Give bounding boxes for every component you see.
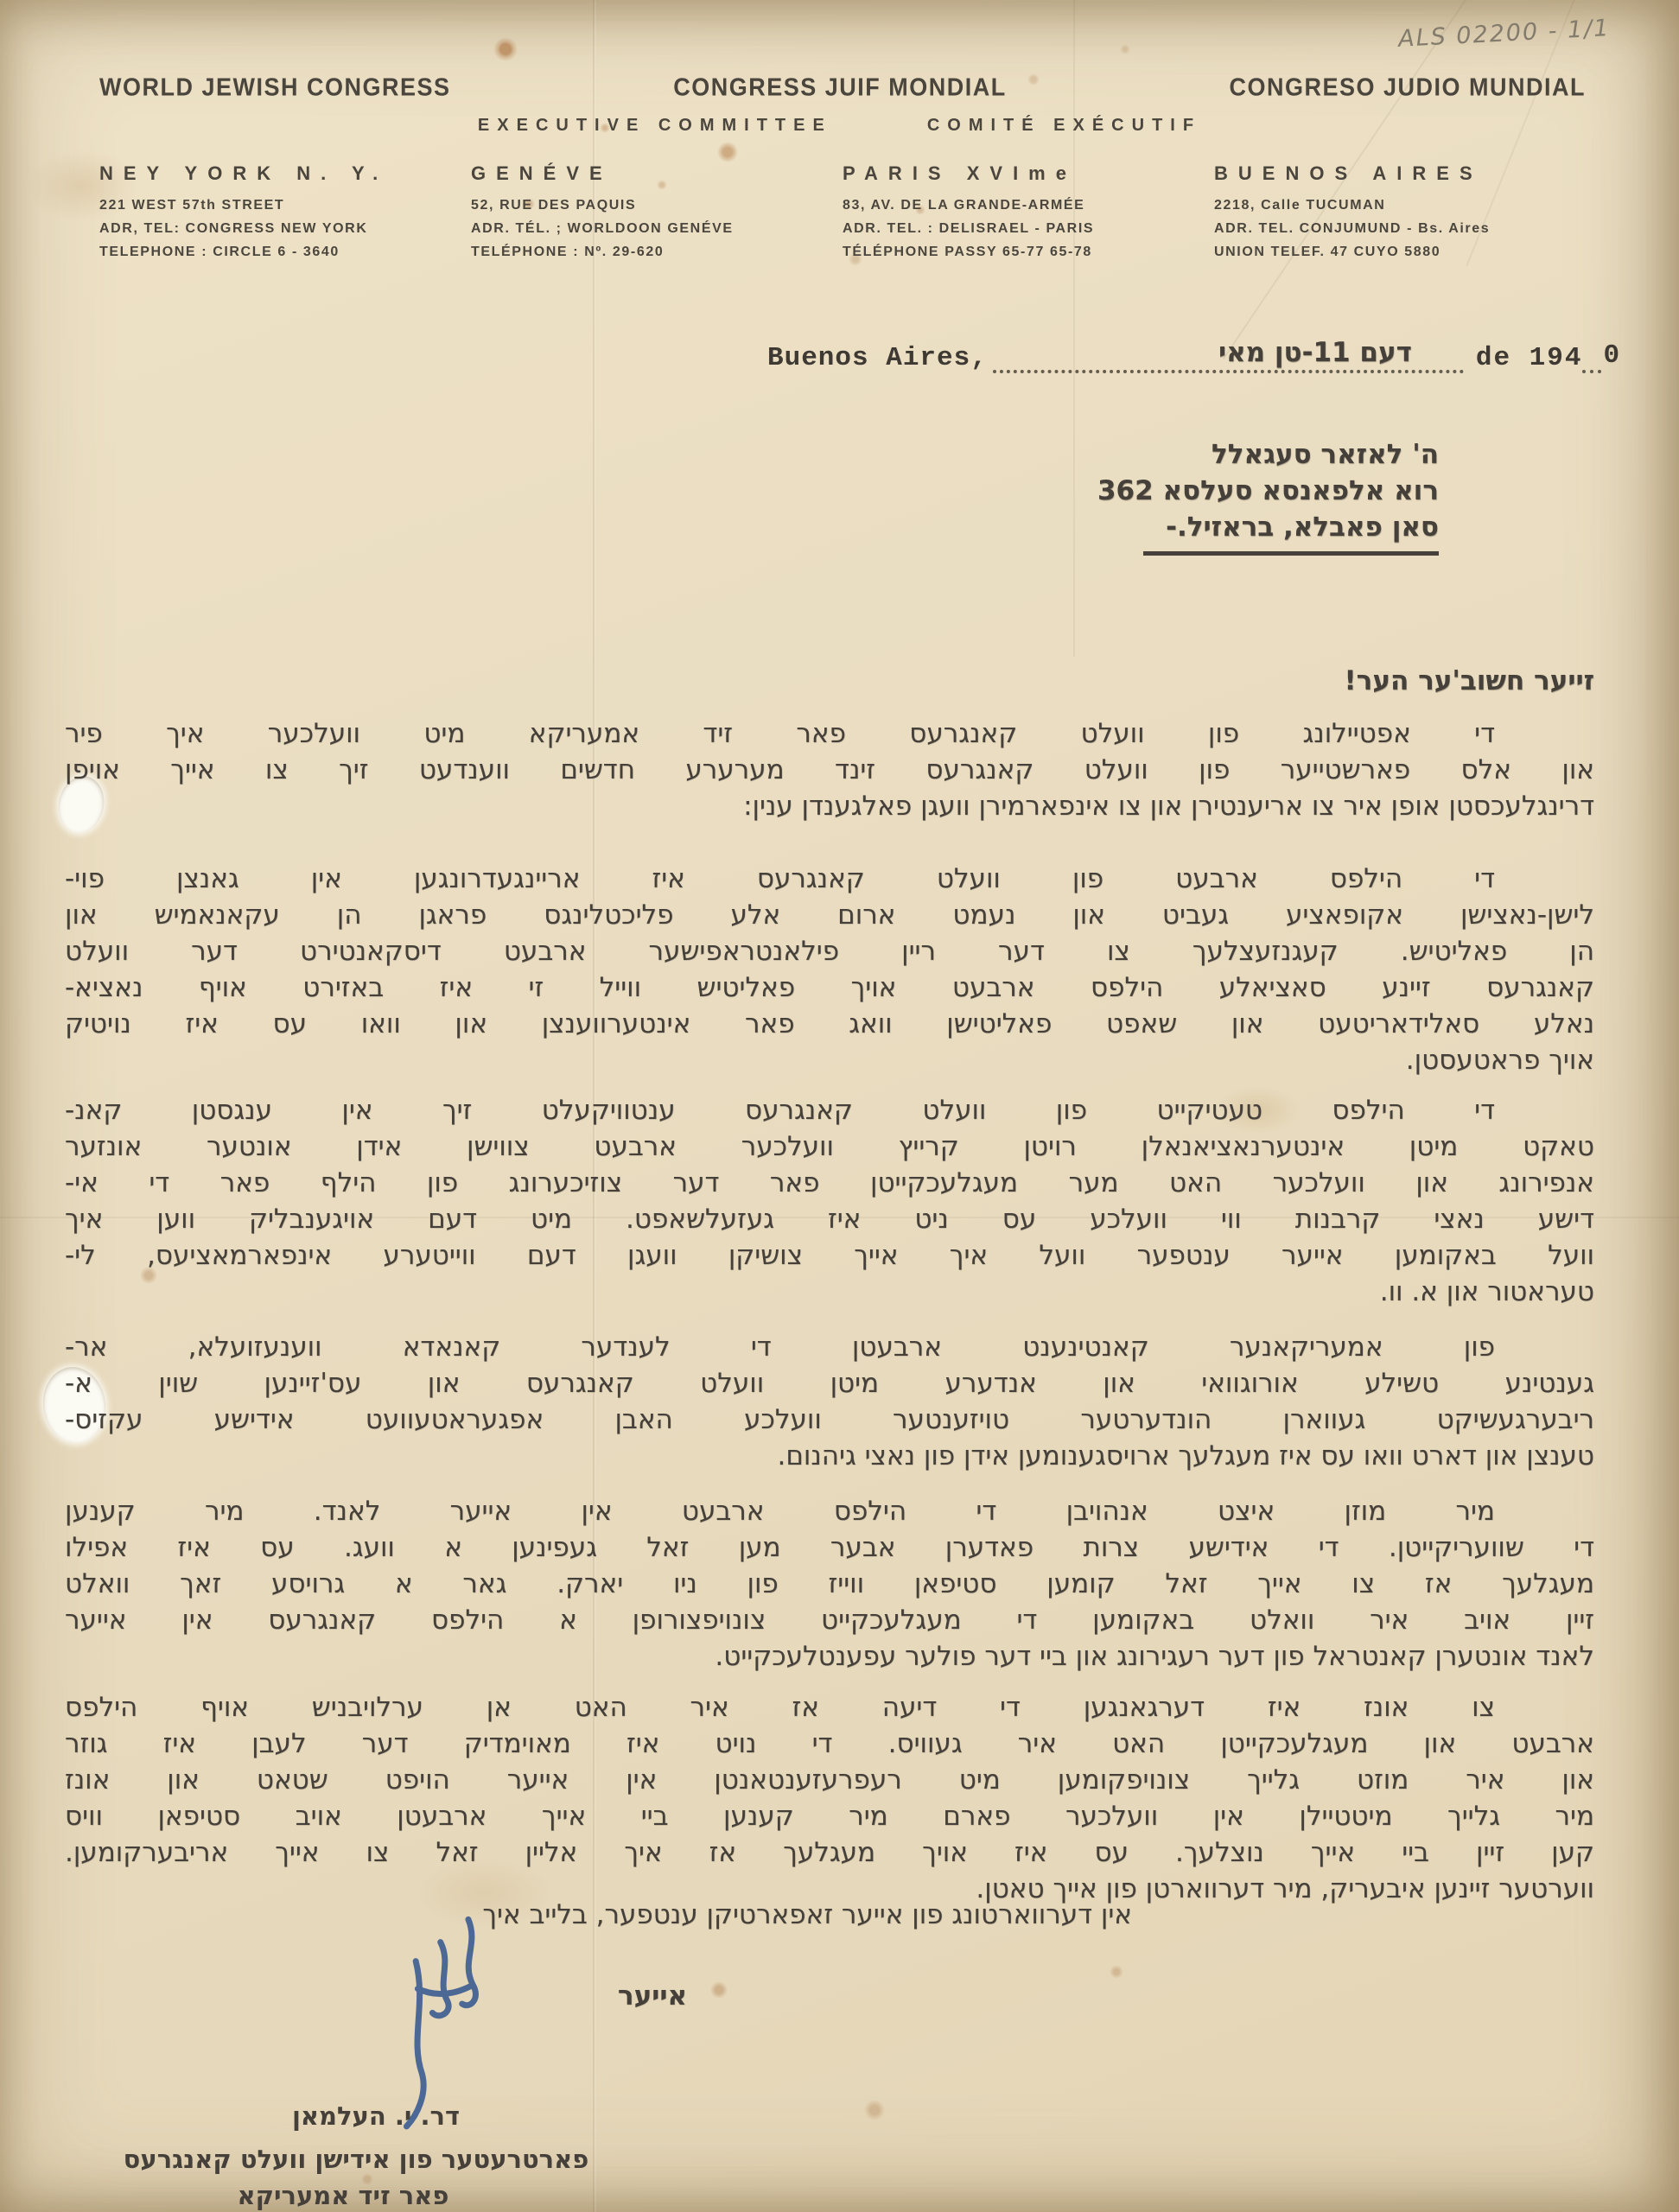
body-line: וועל באקומען אייער ענטפער וועל איך אייך … — [65, 1237, 1594, 1274]
scanned-letter-page: ALS 02200 - 1/1 WORLD JEWISH CONGRESS CO… — [0, 0, 1679, 2212]
body-line: מיר גלייך מיטטיילן אין וועלכער פארם מיר … — [65, 1798, 1594, 1834]
body-line: די הילפס ארבעט פון וועלט קאנגרעס איז ארי… — [65, 861, 1594, 897]
signer-title-region: פאר זיד אמעריקא — [183, 2181, 503, 2210]
letter-body: די אפטיילונג פון וועלט קאנגרעס פאר זיד א… — [65, 0, 1594, 2212]
body-line: טענצן און דארט וואו עס איז מעגלעך ארויסג… — [65, 1438, 1594, 1474]
paragraph: די הילפס טעטיקייט פון וועלט קאנגרעס ענטו… — [65, 1092, 1594, 1310]
paragraph: די אפטיילונג פון וועלט קאנגרעס פאר זיד א… — [65, 715, 1594, 824]
paragraph: מיר מוזן איצט אנהויבן די הילפס ארבעט אין… — [65, 1493, 1594, 1675]
body-line: דרינגלעכסטן אופן איר צו אריענטירן און צו… — [65, 788, 1594, 824]
body-line: די שוועריקייטן. די אידישע צרות פאדערן אב… — [65, 1529, 1594, 1566]
body-line: און אלס פארשטייער פון וועלט קאנגרעס זינד… — [65, 752, 1594, 788]
paragraph: צו אונז איז דערגאנגען די דיעה אז איר האט… — [65, 1689, 1594, 1907]
paragraph: פון אמעריקאנער קאנטינענט ארבעטן די לענדע… — [65, 1329, 1594, 1474]
body-line: נאלע סאלידאריטעט און שאפט פאליטישן וואג … — [65, 1006, 1594, 1042]
body-line: אנפירונג און וועלכער האט מער מעגלעכקייטן… — [65, 1165, 1594, 1201]
body-line: אויך פראטעסטן. — [65, 1042, 1594, 1078]
paragraph: די הילפס ארבעט פון וועלט קאנגרעס איז ארי… — [65, 861, 1594, 1078]
body-line: די הילפס טעטיקייט פון וועלט קאנגרעס ענטו… — [65, 1092, 1594, 1128]
body-line: דישע נאצי קרבנות ווי וועלכע עס ניט איז ג… — [65, 1201, 1594, 1237]
dateline-year-digit: 0 — [1603, 340, 1619, 371]
body-line: מיר מוזן איצט אנהויבן די הילפס ארבעט אין… — [65, 1493, 1594, 1529]
body-line: לאנד אונטערן קאנטראל פון דער רעגירונג או… — [65, 1638, 1594, 1675]
body-line: ריבערגעשיקט געווארן הונדערטער טויזענטער … — [65, 1402, 1594, 1438]
body-line: מעגלעך אז צו אייך זאל קומען סטיפאן ווייז… — [65, 1566, 1594, 1602]
closing-line: אין דערווארטונג פון אייער זאפארטיקן ענטפ… — [482, 1899, 1132, 1930]
body-line: זיין אויב איר וואלט באקומען די מעגלעכקיי… — [65, 1602, 1594, 1638]
body-line: צו אונז איז דערגאנגען די דיעה אז איר האט… — [65, 1689, 1594, 1726]
body-line: לישן-נאצישן אקופאציע געביט און נעמט ארום… — [65, 897, 1594, 933]
closing-yours: אייער — [605, 1980, 700, 2012]
body-line: און איר מוזט גלייך צונויפקומען מיט רעפרע… — [65, 1762, 1594, 1798]
body-line: קען זיין ביי אייך נוצלעך. עס איז אויך מע… — [65, 1834, 1594, 1871]
body-line: גענטינע טשילע אורוגוואי און אנדערע מיטן … — [65, 1365, 1594, 1402]
body-line: פון אמעריקאנער קאנטינענט ארבעטן די לענדע… — [65, 1329, 1594, 1365]
body-line: טעראטור און א. וו. — [65, 1274, 1594, 1310]
body-line: טאקט מיטן אינטערנאציאנאלן רויטן קרייץ וו… — [65, 1128, 1594, 1165]
signer-typed-name: דר. י. העלמאן — [251, 2101, 501, 2131]
signer-title: פארטרעטער פון אידישן וועלט קאנגרעס — [97, 2145, 615, 2174]
body-line: קאנגרעס זיינע סאציאלע הילפס ארבעט אויך פ… — [65, 969, 1594, 1006]
body-line: הן פאליטיש. קעגנזעצלעך צו דער ריין פילאנ… — [65, 933, 1594, 969]
body-line: די אפטיילונג פון וועלט קאנגרעס פאר זיד א… — [65, 715, 1594, 752]
body-line: ארבעט און מעגלעכקייטן האט איר געוויס. די… — [65, 1726, 1594, 1762]
